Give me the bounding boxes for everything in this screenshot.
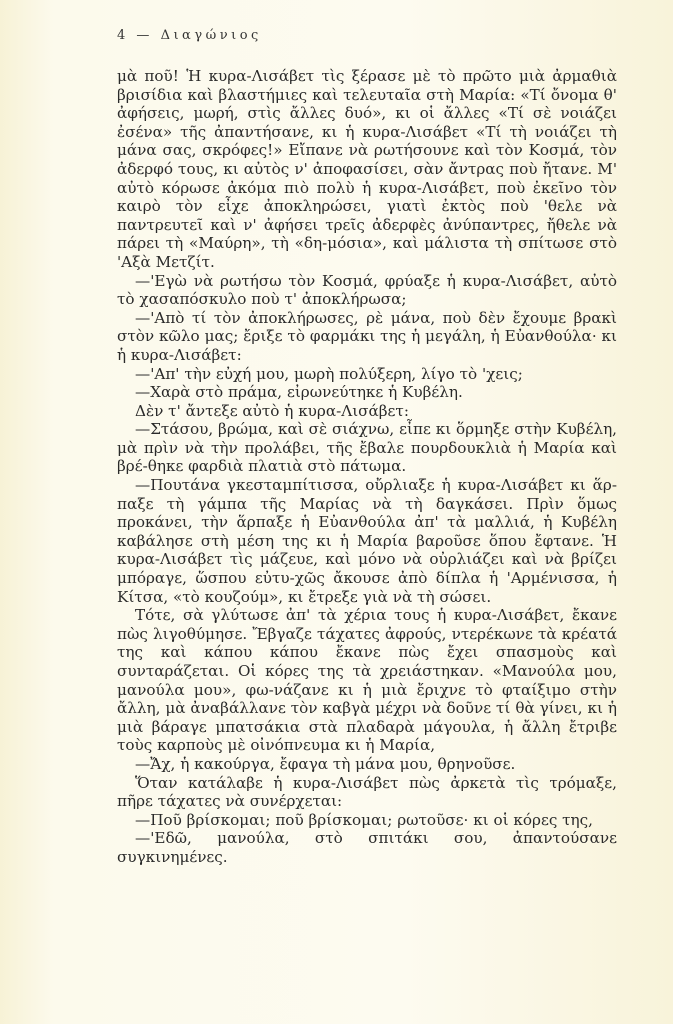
paragraph: —Στάσου, βρώμα, καὶ σὲ σιάχνω, εἶπε κι ὅ… [117, 420, 617, 476]
paragraph: —Πουτάνα γκεσταμπίτισσα, οὔρλιαξε ἡ κυρα… [117, 476, 617, 606]
book-page: 4 — Διαγώνιος μὰ ποῦ! Ἡ κυρα-Λισάβετ τὶς… [0, 0, 673, 1024]
paragraph: —Ποῦ βρίσκομαι; ποῦ βρίσκομαι; ρωτοῦσε· … [117, 811, 617, 830]
paragraph: μὰ ποῦ! Ἡ κυρα-Λισάβετ τὶς ξέρασε μὲ τὸ … [117, 67, 617, 272]
running-head: 4 — Διαγώνιος [117, 28, 262, 43]
paragraph: —'Εγὼ νὰ ρωτήσω τὸν Κοσμά, φρύαξε ἡ κυρα… [117, 272, 617, 309]
body-text: μὰ ποῦ! Ἡ κυρα-Λισάβετ τὶς ξέρασε μὲ τὸ … [117, 67, 617, 867]
paragraph: —Ἄχ, ἡ κακούργα, ἔφαγα τὴ μάνα μου, θρην… [117, 755, 617, 774]
paragraph: —'Απὸ τί τὸν ἀποκλήρωσες, ρὲ μάνα, ποὺ δ… [117, 309, 617, 365]
page-number: 4 [117, 28, 129, 43]
paragraph: Τότε, σὰ γλύτωσε ἀπ' τὰ χέρια τους ἡ κυρ… [117, 606, 617, 755]
paragraph: —Χαρὰ στὸ πράμα, εἰρωνεύτηκε ἡ Κυβέλη. [117, 383, 617, 402]
running-title: Διαγώνιος [161, 28, 262, 43]
paragraph: Δὲν τ' ἄντεξε αὐτὸ ἡ κυρα-Λισάβετ: [117, 402, 617, 421]
paragraph: —'Εδῶ, μανούλα, στὸ σπιτάκι σου, ἀπαντού… [117, 829, 617, 866]
header-separator: — [136, 28, 153, 43]
paragraph: —'Απ' τὴν εὐχή μου, μωρὴ πολύξερη, λίγο … [117, 365, 617, 384]
paragraph: Ὅταν κατάλαβε ἡ κυρα-Λισάβετ πὼς ἀρκετὰ … [117, 774, 617, 811]
